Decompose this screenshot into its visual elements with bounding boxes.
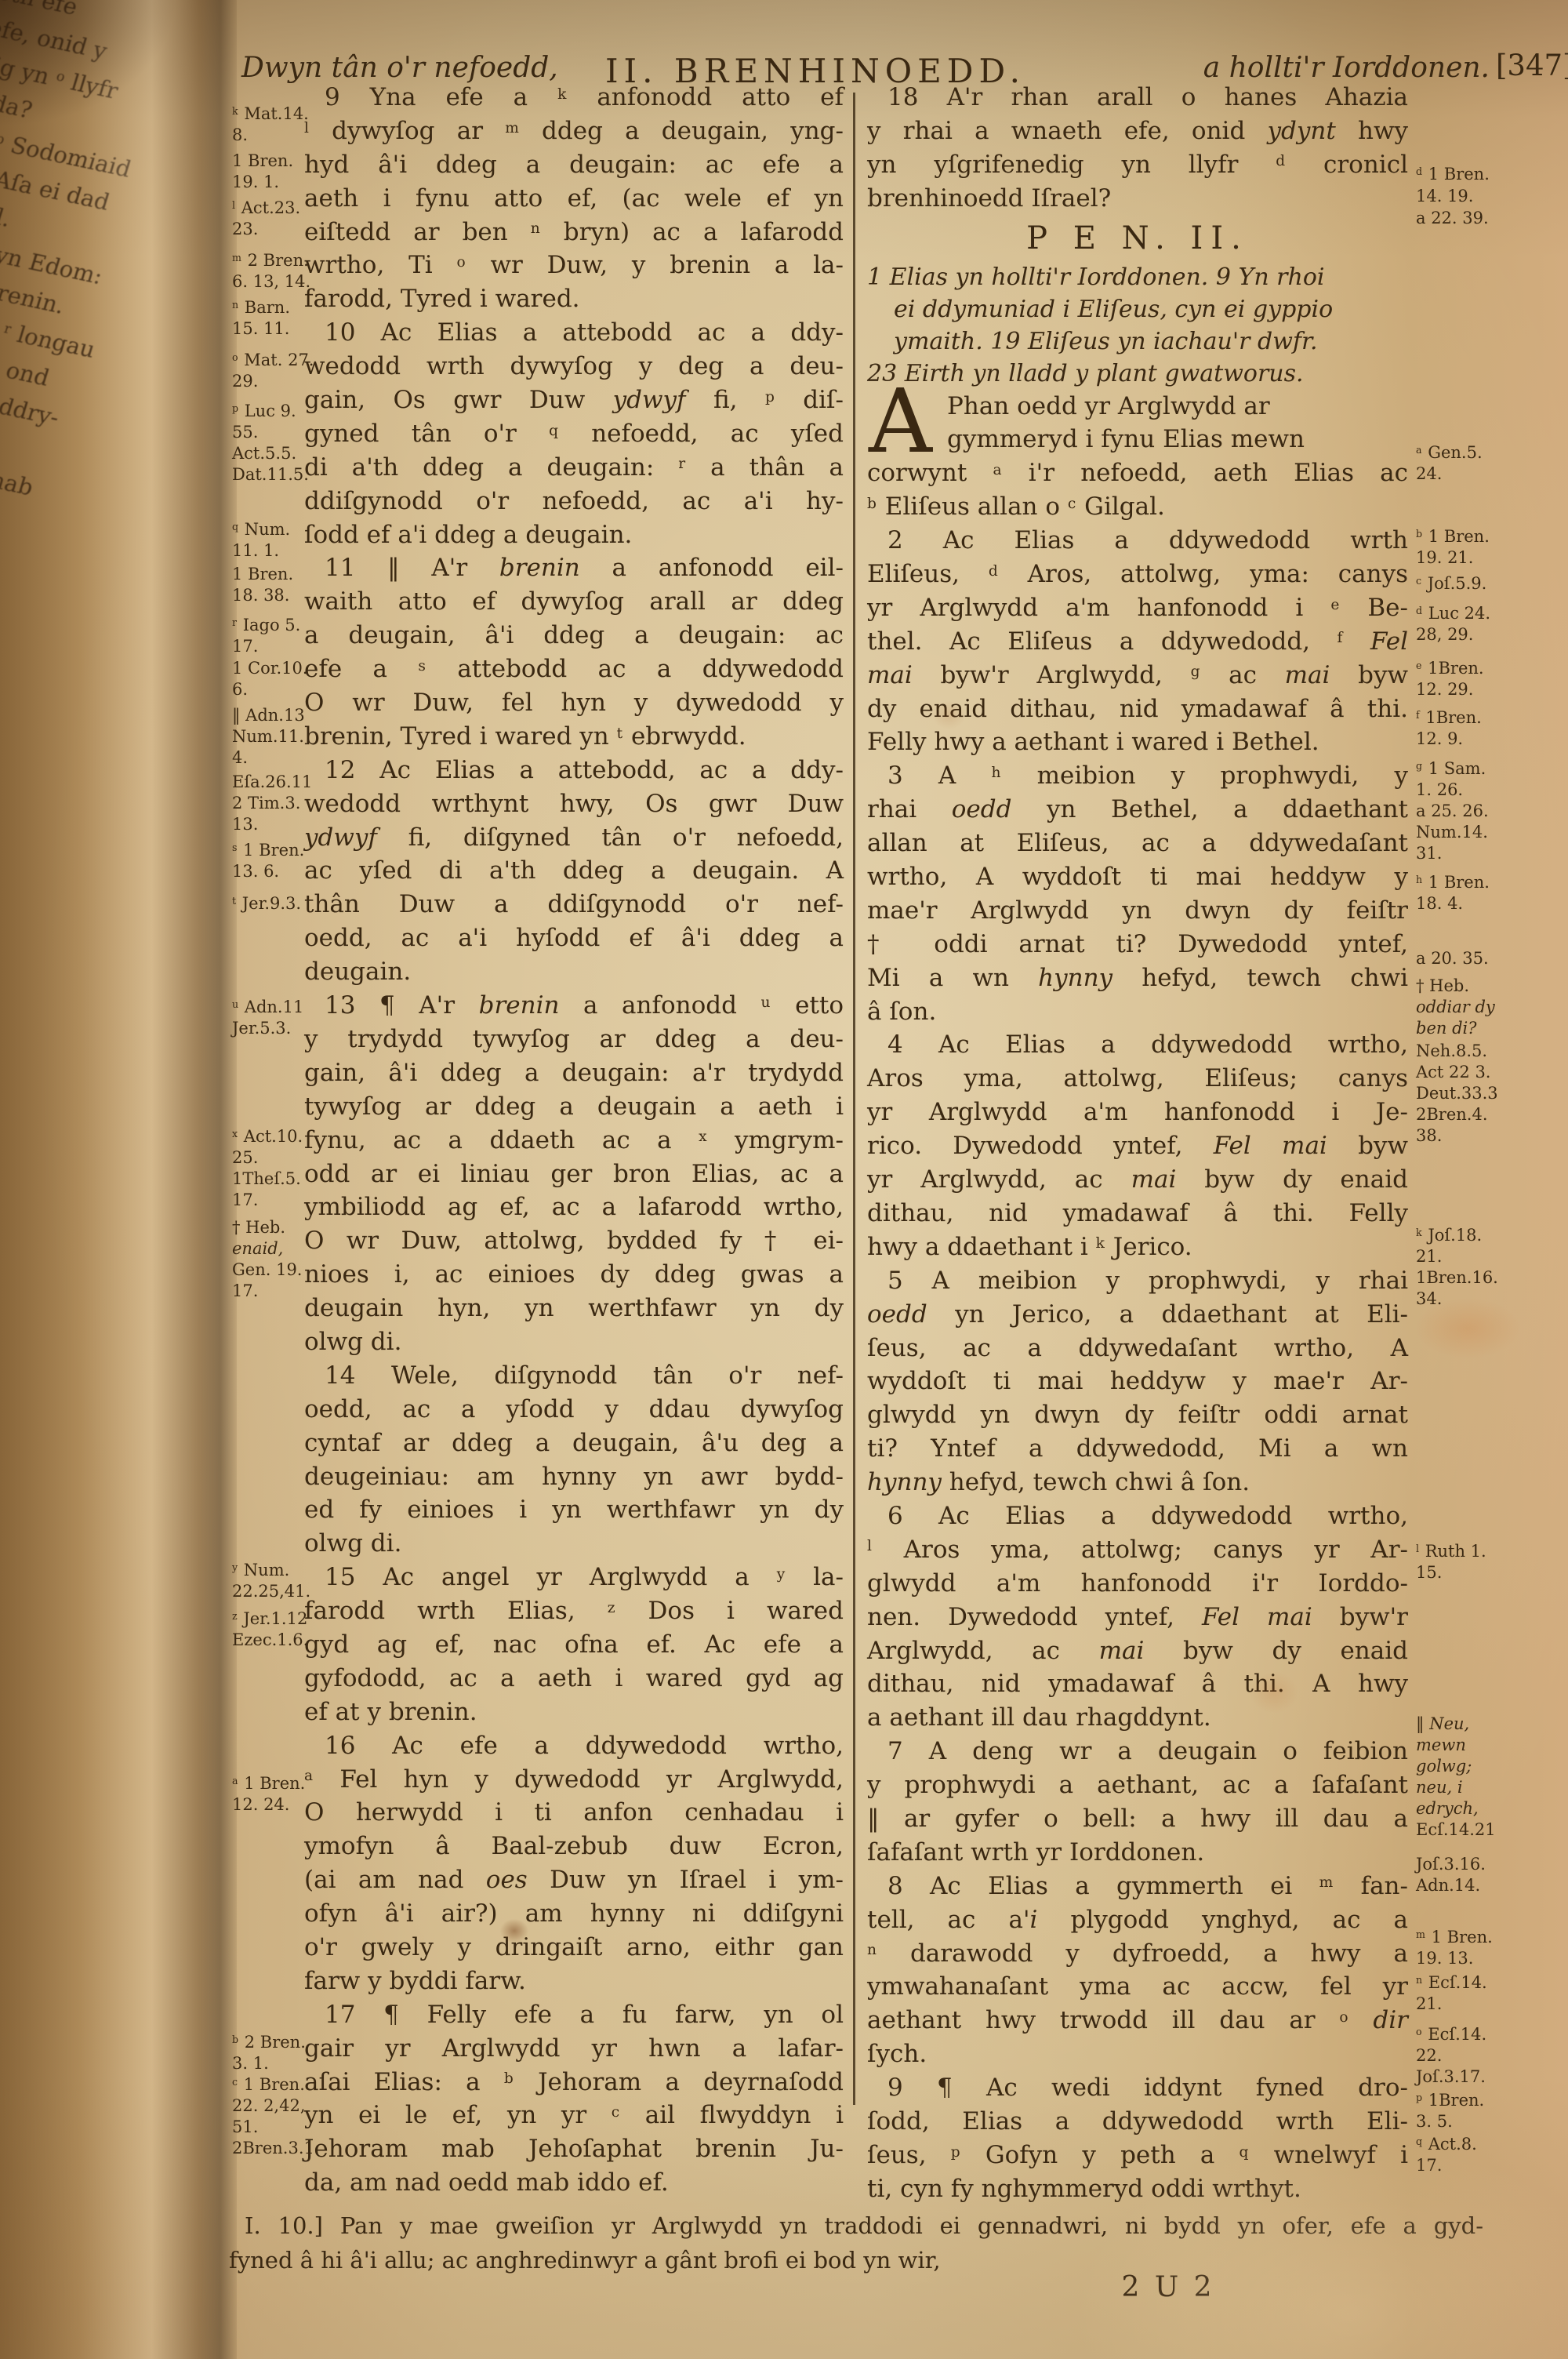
- text-line: ti? Yntef a ddywedodd, Mi a wn: [867, 1432, 1408, 1466]
- text-line: dy enaid dithau, nid ymadawaf â thi.: [867, 692, 1408, 726]
- margin-note: 2Bren.4.: [1416, 1105, 1488, 1124]
- margin-note: 1. 26.: [1416, 780, 1463, 799]
- text-line: Mi a wn hynny hefyd, tewch chwi: [867, 961, 1408, 995]
- text-line: thel. Ac Eliſeus a ddywedodd, f Fel: [867, 625, 1408, 659]
- margin-note: ben di?: [1416, 1019, 1477, 1038]
- text-line: 9 ¶ Ac wedi iddynt fyned dro-: [867, 2071, 1408, 2105]
- text-line: 13 ¶ A'r brenin a anfonodd u etto: [304, 989, 844, 1023]
- text-line: glwydd yn dwyn dy feiſtr oddi arnat: [867, 1398, 1408, 1432]
- margin-note: Act.5.5.: [232, 444, 296, 463]
- text-line: ti, cyn fy nghymmeryd oddi wrthyt.: [867, 2172, 1408, 2206]
- margin-note: 28, 29.: [1416, 625, 1473, 644]
- margin-note: 22.: [1416, 2046, 1442, 2065]
- margin-note: a 20. 35.: [1416, 949, 1489, 968]
- margin-note: 13.: [232, 815, 258, 834]
- margin-note: 12. 29.: [1416, 680, 1473, 699]
- text-line: rico. Dywedodd yntef, Fel mai byw: [867, 1129, 1408, 1163]
- text-line: ſodd ef a'i ddeg a deugain.: [304, 518, 844, 552]
- text-line: y rhai a wnaeth efe, onid ydynt hwy: [867, 114, 1408, 148]
- footnote-line: I. 10.] Pan y mae gweiſion yr Arglwydd y…: [229, 2208, 1483, 2243]
- margin-note: y Num.: [232, 1561, 289, 1582]
- margin-note: 1Bren.16.: [1416, 1268, 1498, 1287]
- text-line: b Eliſeus allan o c Gilgal.: [867, 490, 1408, 524]
- margin-note: 25.: [232, 1148, 258, 1167]
- text-line: ymofyn â Baal-zebub duw Ecron,: [304, 1830, 844, 1863]
- text-line: wrtho, Ti o wr Duw, y brenin a la-: [304, 249, 844, 282]
- margin-note: k Mat.14.: [232, 104, 309, 125]
- text-line: wrtho, A wyddoſt ti mai heddyw y: [867, 860, 1408, 894]
- margin-note: h 1 Bren.: [1416, 873, 1490, 894]
- text-line: yr Arglwydd a'm hanfonodd i e Be-: [867, 591, 1408, 625]
- text-line: y trydydd tywyſog ar ddeg a deu-: [304, 1023, 844, 1056]
- margin-note: 23.: [232, 220, 258, 238]
- text-line: tywyſog ar ddeg a deugain a aeth i: [304, 1090, 844, 1124]
- text-line: 6 Ac Elias a ddywedodd wrtho,: [867, 1499, 1408, 1533]
- column-divider-rule: [853, 93, 855, 2105]
- text-line: ed fy einioes i yn werthfawr yn dy: [304, 1493, 844, 1527]
- margin-note: Dat.11.5.: [232, 465, 309, 484]
- margin-note: x Act.10.: [232, 1127, 303, 1148]
- margin-note: 15.: [1416, 1563, 1442, 1582]
- text-line: thân Duw a ddiſgynodd o'r nef-: [304, 888, 844, 921]
- text-line: mae'r Arglwydd yn dwyn dy feiſtr: [867, 894, 1408, 928]
- text-line: y prophwydi a aethant, ac a ſafaſant: [867, 1768, 1408, 1802]
- right-margin-references: d 1 Bren.14. 19.a 22. 39.a Gen.5.24.b 1 …: [1416, 0, 1565, 2359]
- summary-line: ei ddymuniad i Eliſeus, cyn ei gyppio: [867, 293, 1408, 325]
- margin-note: s 1 Bren.: [232, 841, 304, 862]
- margin-note: e 1Bren.: [1416, 659, 1484, 680]
- margin-note: 17.: [232, 1190, 258, 1209]
- margin-note: oddiar dy: [1416, 998, 1495, 1016]
- margin-note: 14. 19.: [1416, 187, 1473, 205]
- text-line: olwg di.: [304, 1325, 844, 1359]
- margin-note: Num.11.: [232, 727, 304, 746]
- text-line: O herwydd i ti anfon cenhadau i: [304, 1796, 844, 1830]
- margin-note: Neh.8.5.: [1416, 1041, 1487, 1060]
- text-line: odd ar ei liniau ger bron Elias, ac a: [304, 1158, 844, 1191]
- text-line: ſafaſant wrth yr Iorddonen.: [867, 1836, 1408, 1870]
- margin-note: d Luc 24.: [1416, 604, 1490, 625]
- margin-note: 21.: [1416, 1247, 1442, 1266]
- text-line: fynu, ac a ddaeth ac a x ymgrym-: [304, 1124, 844, 1158]
- text-line: farw y byddi farw.: [304, 1965, 844, 1998]
- text-line: ddiſgynodd o'r nefoedd, ac a'i hy-: [304, 485, 844, 518]
- text-line: Jehoram mab Jehoſaphat brenin Ju-: [304, 2132, 844, 2166]
- text-line: brenin, Tyred i wared yn t ebrwydd.: [304, 720, 844, 754]
- margin-note: 3. 1.: [232, 2054, 269, 2073]
- margin-note: 12. 24.: [232, 1795, 289, 1814]
- margin-note: 4.: [232, 748, 248, 767]
- margin-note: z Jer.1.12: [232, 1609, 307, 1630]
- margin-note: 19. 13.: [1416, 1949, 1473, 1968]
- margin-note: 13. 6.: [232, 862, 279, 881]
- text-line: l Aros yma, attolwg; canys yr Ar-: [867, 1533, 1408, 1567]
- margin-note: m 2 Bren.: [232, 251, 309, 272]
- text-line: yn yſgrifenedig yn llyfr d cronicl: [867, 148, 1408, 182]
- margin-note: p Luc 9.: [232, 402, 296, 423]
- text-line: O wr Duw, attolwg, bydded fy † ei-: [304, 1224, 844, 1258]
- margin-note: 3. 5.: [1416, 2112, 1453, 2131]
- text-line: ſeus, ac a ddywedaſant wrtho, A: [867, 1332, 1408, 1365]
- margin-note: Deut.33.3: [1416, 1084, 1498, 1103]
- text-line: yn ei le ef, yn yr c ail flwyddyn i: [304, 2099, 844, 2132]
- margin-note: 15. 11.: [232, 319, 289, 338]
- text-line: oedd yn Jerico, a ddaethant at Eli-: [867, 1298, 1408, 1332]
- chapter-summary: 1 Elias yn hollti'r Iorddonen. 9 Yn rhoi…: [867, 261, 1408, 390]
- text-line: n darawodd y dyfroedd, a hwy a: [867, 1937, 1408, 1971]
- text-line: Aros yma, attolwg, Eliſeus; canys: [867, 1062, 1408, 1096]
- text-line: a deugain, â'i ddeg a deugain: ac: [304, 619, 844, 652]
- margin-note: 34.: [1416, 1289, 1442, 1308]
- margin-note: l Act.23.: [232, 198, 300, 220]
- margin-note: Eſa.26.11: [232, 772, 312, 791]
- text-line: di a'th ddeg a deugain: r a thân a: [304, 451, 844, 485]
- summary-line: 1 Elias yn hollti'r Iorddonen. 9 Yn rhoi: [867, 261, 1408, 293]
- text-line: waith atto ef dywyſog arall ar ddeg: [304, 585, 844, 619]
- margin-note: 18. 4.: [1416, 894, 1463, 913]
- text-line: ofyn â'i air?) am hynny ni ddiſgyni: [304, 1897, 844, 1931]
- margin-note: 22.25,41.: [232, 1582, 310, 1601]
- margin-note: Adn.14.: [1416, 1876, 1480, 1895]
- margin-note: mewn: [1416, 1736, 1466, 1754]
- margin-note: 6. 13, 14.: [232, 272, 310, 291]
- margin-note: b 2 Bren.: [232, 2033, 306, 2054]
- text-line: glwydd a'm hanfonodd i'r Iorddo-: [867, 1567, 1408, 1601]
- text-line: gyfododd, ac a aeth i wared gyd ag: [304, 1662, 844, 1696]
- margin-note: r Iago 5.: [232, 616, 300, 637]
- text-line: Felly hwy a aethant i wared i Bethel.: [867, 725, 1408, 759]
- text-line: o'r gwely y dringaiſt arno, eithr gan: [304, 1931, 844, 1965]
- margin-note: 29.: [232, 372, 258, 391]
- text-line: â ſon.: [867, 995, 1408, 1029]
- text-line: O wr Duw, fel hyn y dywedodd y: [304, 686, 844, 720]
- margin-note: 2Bren.3.1: [232, 2139, 314, 2157]
- margin-note: 21.: [1416, 1994, 1442, 2013]
- text-line: 14 Wele, diſgynodd tân o'r nef-: [304, 1359, 844, 1393]
- margin-note: 17.: [232, 1281, 258, 1300]
- margin-note: 8.: [232, 125, 248, 144]
- text-line: 16 Ac efe a ddywedodd wrtho,: [304, 1729, 844, 1763]
- text-line: ymwahanaſant yma ac accw, fel yr: [867, 1970, 1408, 2004]
- text-line: † oddi arnat ti? Dywedodd yntef,: [867, 928, 1408, 961]
- text-line: gair yr Arglwydd yr hwn a lafar-: [304, 2032, 844, 2066]
- text-line: 5 A meibion y prophwydi, y rhai: [867, 1264, 1408, 1298]
- text-line: hwy a ddaethant i k Jerico.: [867, 1230, 1408, 1264]
- margin-note: Num.14.: [1416, 823, 1488, 841]
- margin-note: k Joſ.18.: [1416, 1226, 1482, 1247]
- margin-note: 17.: [1416, 2156, 1442, 2175]
- text-line: a aethant ill dau rhagddynt.: [867, 1701, 1408, 1735]
- text-line: ſodd, Elias a ddywedodd wrth Eli-: [867, 2105, 1408, 2139]
- text-line: 2 Ac Elias a ddywedodd wrth: [867, 524, 1408, 558]
- margin-note: 1 Bren.: [232, 151, 293, 170]
- gutter-previous-page: uidra a wnaeth efey rhyfelodd efe, onid …: [0, 0, 237, 2359]
- margin-note: n Ecſ.14.: [1416, 1973, 1487, 1994]
- chapter-heading: P E N. II.: [867, 216, 1408, 261]
- text-line: aethant hwy trwodd ill dau ar o dir: [867, 2004, 1408, 2037]
- text-line: 15 Ac angel yr Arglwydd a y la-: [304, 1561, 844, 1594]
- text-line: (ai am nad oes Duw yn Iſrael i ym-: [304, 1863, 844, 1897]
- margin-note: o Ecſ.14.: [1416, 2025, 1486, 2046]
- text-line: ydwyf fi, diſgyned tân o'r nefoedd,: [304, 821, 844, 855]
- text-line: gymmeryd i fynu Elias mewn: [867, 423, 1408, 456]
- footnote-line: fyned â hi â'i allu; ac anghredinwyr a g…: [229, 2243, 1483, 2277]
- margin-note: b 1 Bren.: [1416, 527, 1490, 548]
- margin-note: a 22. 39.: [1416, 209, 1489, 227]
- text-line: 4 Ac Elias a ddywedodd wrtho,: [867, 1028, 1408, 1062]
- text-line: 9 Yna efe a k anfonodd atto ef: [304, 81, 844, 114]
- text-line: 18 A'r rhan arall o hanes Ahazia: [867, 81, 1408, 114]
- text-line: 11 ‖ A'r brenin a anfonodd eil-: [304, 551, 844, 585]
- column-2-verse18: 18 A'r rhan arall o hanes Ahaziay rhai a…: [867, 81, 1408, 216]
- text-line: oedd, ac a'i hyſodd ef â'i ddeg a: [304, 921, 844, 955]
- text-line: 8 Ac Elias a gymmerth ei m fan-: [867, 1870, 1408, 1903]
- margin-note: edrych,: [1416, 1799, 1479, 1818]
- text-line: eiſtedd ar ben n bryn) ac a lafarodd: [304, 216, 844, 249]
- text-line: ef at y brenin.: [304, 1696, 844, 1729]
- column-2-verses: Phan oedd yr Arglwydd argymmeryd i fynu …: [867, 390, 1408, 2206]
- margin-note: c 1 Bren.: [232, 2075, 305, 2096]
- margin-note: 1 Cor.10.: [232, 659, 308, 678]
- margin-note: 18. 38.: [232, 586, 289, 605]
- text-line: efe a s attebodd ac a ddywedodd: [304, 652, 844, 686]
- book-page-scan: uidra a wnaeth efey rhyfelodd efe, onid …: [0, 0, 1568, 2359]
- left-margin-references: k Mat.14.8.1 Bren.19. 1.l Act.23.23.m 2 …: [232, 0, 307, 2359]
- margin-note: a Gen.5.: [1416, 443, 1483, 464]
- drop-cap-initial: A: [869, 378, 932, 466]
- margin-note: ‖ Adn.13: [232, 706, 305, 725]
- margin-note: golwg;: [1416, 1757, 1472, 1776]
- text-line: farodd wrth Elias, z Dos i wared: [304, 1594, 844, 1628]
- margin-note: g 1 Sam.: [1416, 759, 1486, 780]
- text-line: nioes i, ac einioes dy ddeg gwas a: [304, 1258, 844, 1292]
- margin-note: 17.: [232, 637, 258, 656]
- text-line: deugeiniau: am hynny yn awr bydd-: [304, 1460, 844, 1494]
- text-line: hyd â'i ddeg a deugain: ac efe a: [304, 148, 844, 182]
- text-line: aſai Elias: a b Jehoram a deyrnaſodd: [304, 2066, 844, 2099]
- margin-note: m 1 Bren.: [1416, 1928, 1493, 1949]
- text-line: gain, Os gwr Duw ydwyf fi, p diſ-: [304, 383, 844, 417]
- footnote: I. 10.] Pan y mae gweiſion yr Arglwydd y…: [229, 2208, 1483, 2277]
- text-line: yr Arglwydd a'm hanfonodd i Je-: [867, 1096, 1408, 1129]
- text-line: 3 A h meibion y prophwydi, y: [867, 759, 1408, 793]
- text-line: brenhinoedd Iſrael?: [867, 182, 1408, 216]
- margin-note: 6.: [232, 680, 248, 699]
- text-line: deugain hyn, yn werthfawr yn dy: [304, 1292, 844, 1325]
- text-line: ſeus, p Gofyn y peth a q wnelwyf i: [867, 2139, 1408, 2172]
- margin-note: Joſ.3.17.: [1416, 2067, 1486, 2086]
- margin-note: 1Theſ.5.: [232, 1169, 301, 1188]
- text-line: olwg di.: [304, 1527, 844, 1561]
- margin-note: l Ruth 1.: [1416, 1542, 1486, 1563]
- text-line: hynny hefyd, tewch chwi â ſon.: [867, 1466, 1408, 1499]
- margin-note: 55.: [232, 423, 258, 442]
- margin-note: p 1Bren.: [1416, 2091, 1484, 2112]
- margin-note: f 1Bren.: [1416, 708, 1482, 729]
- text-line: corwynt a i'r nefoedd, aeth Elias ac: [867, 456, 1408, 490]
- summary-line: 23 Eirth yn lladd y plant gwatworus.: [867, 358, 1408, 390]
- text-line: wedodd wrthynt hwy, Os gwr Duw: [304, 787, 844, 821]
- margin-note: 19. 1.: [232, 173, 279, 191]
- margin-note: 24.: [1416, 464, 1442, 483]
- margin-note: Gen. 19.: [232, 1260, 302, 1279]
- text-line: Phan oedd yr Arglwydd ar: [867, 390, 1408, 423]
- margin-note: 11. 1.: [232, 541, 279, 560]
- text-line: oedd, ac a yſodd y ddau dywyſog: [304, 1393, 844, 1427]
- text-line: ſych.: [867, 2037, 1408, 2071]
- margin-note: 2 Tim.3.: [232, 794, 300, 812]
- text-line: gyd ag ef, nac ofna ef. Ac efe a: [304, 1628, 844, 1662]
- text-line: gain, â'i ddeg a deugain: a'r trydydd: [304, 1056, 844, 1090]
- column-2-text: 18 A'r rhan arall o hanes Ahaziay rhai a…: [867, 81, 1408, 2206]
- text-line: tell, ac a'i plygodd ynghyd, ac a: [867, 1903, 1408, 1937]
- margin-note: Ezec.1.6.: [232, 1630, 308, 1649]
- text-line: 10 Ac Elias a attebodd ac a ddy-: [304, 316, 844, 350]
- text-line: mai byw'r Arglwydd, g ac mai byw: [867, 659, 1408, 692]
- margin-note: t Jer.9.3.: [232, 894, 301, 915]
- margin-note: o Mat. 27.: [232, 351, 314, 372]
- margin-note: 22. 2,42,: [232, 2096, 306, 2115]
- margin-note: 19. 21.: [1416, 548, 1473, 567]
- margin-note: † Heb.: [232, 1218, 285, 1237]
- text-line: Arglwydd, ac mai byw dy enaid: [867, 1634, 1408, 1668]
- text-line: aeth i fynu atto ef, (ac wele ef yn: [304, 182, 844, 216]
- text-line: da, am nad oedd mab iddo ef.: [304, 2166, 844, 2200]
- margin-note: a 1 Bren.: [232, 1774, 305, 1795]
- text-line: 17 ¶ Felly efe a fu farw, yn ol: [304, 1998, 844, 2032]
- text-line: dithau, nid ymadawaf â thi. Felly: [867, 1197, 1408, 1230]
- text-line: ymbiliodd ag ef, ac a lafarodd wrtho,: [304, 1190, 844, 1224]
- margin-note: q Act.8.: [1416, 2135, 1477, 2156]
- text-line: wedodd wrth dywyſog y deg a deu-: [304, 350, 844, 383]
- column-1-text: 9 Yna efe a k anfonodd atto efl dywyſog …: [304, 81, 844, 2200]
- text-line: dithau, nid ymadawaf â thi. A hwy: [867, 1667, 1408, 1701]
- margin-note: c Joſ.5.9.: [1416, 574, 1486, 595]
- text-line: yr Arglwydd, ac mai byw dy enaid: [867, 1163, 1408, 1197]
- text-line: a Fel hyn y dywedodd yr Arglwydd,: [304, 1763, 844, 1797]
- margin-note: Act 22 3.: [1416, 1063, 1490, 1081]
- margin-note: a 25. 26.: [1416, 801, 1489, 820]
- margin-note: Ecſ.14.21: [1416, 1820, 1496, 1839]
- margin-note: ‖ Neu,: [1416, 1714, 1469, 1733]
- margin-note: 31.: [1416, 844, 1442, 863]
- text-line: l dywyſog ar m ddeg a deugain, yng-: [304, 114, 844, 148]
- text-line: ‖ ar gyfer o bell: a hwy ill dau a: [867, 1802, 1408, 1836]
- margin-note: 38.: [1416, 1126, 1442, 1145]
- margin-note: 51.: [232, 2117, 258, 2136]
- text-line: deugain.: [304, 955, 844, 989]
- text-line: allan at Eliſeus, ac a ddywedaſant: [867, 827, 1408, 860]
- text-line: nen. Dywedodd yntef, Fel mai byw'r: [867, 1601, 1408, 1634]
- summary-line: ymaith. 19 Eliſeus yn iachau'r dwfr.: [867, 325, 1408, 358]
- text-line: Eliſeus, d Aros, attolwg, yma: canys: [867, 558, 1408, 591]
- text-line: rhai oedd yn Bethel, a ddaethant: [867, 793, 1408, 827]
- margin-note: neu, i: [1416, 1778, 1463, 1797]
- margin-note: Joſ.3.16.: [1416, 1855, 1486, 1874]
- gutter-text-block: uidra a wnaeth efey rhyfelodd efe, onid …: [0, 0, 237, 2313]
- margin-note: † Heb.: [1416, 976, 1469, 995]
- text-line: ac yſed di a'th ddeg a deugain. A: [304, 854, 844, 888]
- text-line: gyned tân o'r q nefoedd, ac yſed: [304, 417, 844, 451]
- margin-note: enaid,: [232, 1239, 283, 1258]
- margin-note: q Num.: [232, 520, 290, 541]
- margin-note: d 1 Bren.: [1416, 165, 1490, 186]
- margin-note: n Barn.: [232, 298, 290, 319]
- text-line: 12 Ac Elias a attebodd, ac a ddy-: [304, 754, 844, 787]
- text-line: cyntaf ar ddeg a deugain, â'u deg a: [304, 1427, 844, 1460]
- text-line: farodd, Tyred i wared.: [304, 282, 844, 316]
- margin-note: u Adn.11: [232, 998, 303, 1019]
- text-line: 7 A deng wr a deugain o feibion: [867, 1735, 1408, 1768]
- signature-mark: 2 U 2: [1066, 2271, 1270, 2303]
- margin-note: 1 Bren.: [232, 565, 293, 583]
- margin-note: Jer.5.3.: [232, 1019, 291, 1038]
- margin-note: 12. 9.: [1416, 729, 1463, 748]
- text-line: wyddoſt ti mai heddyw y mae'r Ar-: [867, 1365, 1408, 1398]
